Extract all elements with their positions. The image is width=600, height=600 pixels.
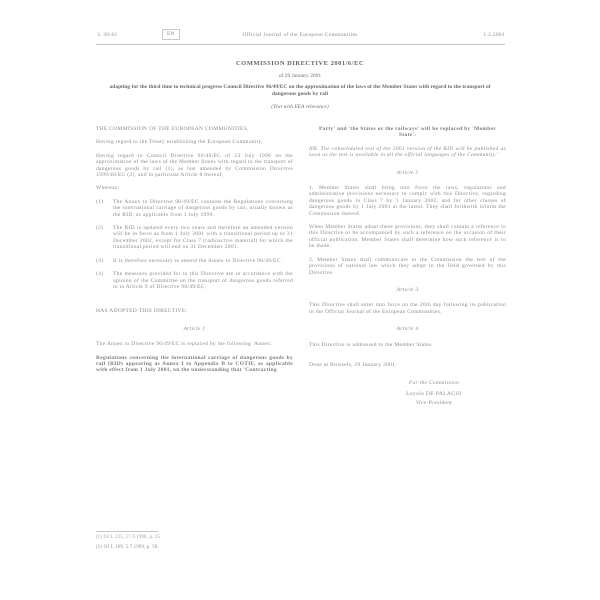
annex-quote-continuation: Party' and 'the States or the railways' … xyxy=(309,126,506,139)
signature-block: For the Commission Loyola DE PALACIO Vic… xyxy=(377,380,491,406)
article-3-heading: Article 3 xyxy=(309,287,506,293)
nb-consolidated-text-note: NB: The consolidated text of the 2001 ve… xyxy=(309,146,506,159)
signature-role: Vice-President xyxy=(377,400,491,406)
article-1-heading: Article 1 xyxy=(96,326,293,332)
footnote-2: (2) OJ L 169, 5.7.1999, p. 58. xyxy=(96,545,159,550)
recital-2-number: (2) xyxy=(96,225,113,251)
title-block: COMMISSION DIRECTIVE 2001/6/EC of 29 Jan… xyxy=(95,60,505,110)
has-adopted-line: HAS ADOPTED THIS DIRECTIVE: xyxy=(96,308,293,314)
recital-3-text: It is therefore necessary to amend the A… xyxy=(113,258,293,264)
left-column: THE COMMISSION OF THE EUROPEAN COMMUNITI… xyxy=(96,126,293,381)
article-1-intro: The Annex to Directive 96/49/EC is repla… xyxy=(96,341,293,347)
header-rule xyxy=(96,44,505,45)
directive-title: COMMISSION DIRECTIVE 2001/6/EC xyxy=(95,60,505,67)
done-at-line: Done at Brussels, 29 January 2001. xyxy=(309,362,506,368)
recital-3: (3) It is therefore necessary to amend t… xyxy=(96,258,293,264)
eea-relevance-note: (Text with EEA relevance) xyxy=(95,104,505,110)
article-2-paragraph-1b: When Member States adopt these provision… xyxy=(309,224,506,250)
recital-1-number: (1) xyxy=(96,199,113,218)
directive-subject: adapting for the third time to technical… xyxy=(95,84,505,97)
recital-4: (4) The measures provided for in this Di… xyxy=(96,271,293,290)
recital-2: (2) The RID is updated every two years a… xyxy=(96,225,293,251)
article-4-heading: Article 4 xyxy=(309,326,506,332)
citation-directive: Having regard to Council Directive 96/49… xyxy=(96,153,293,179)
article-2-paragraph-2: 2. Member States shall communicate to th… xyxy=(309,257,506,276)
recital-4-text: The measures provided for in this Direct… xyxy=(113,271,293,290)
recital-3-number: (3) xyxy=(96,258,113,264)
recital-1: (1) The Annex to Directive 96/49/EC cont… xyxy=(96,199,293,218)
signature-for-commission: For the Commission xyxy=(377,380,491,386)
footnote-1: (1) OJ L 235, 17.9.1996, p. 25. xyxy=(96,535,161,540)
footnote-rule xyxy=(96,531,158,532)
preamble-opening: THE COMMISSION OF THE EUROPEAN COMMUNITI… xyxy=(96,126,293,132)
oj-header-date: 1.2.2001 xyxy=(410,32,505,38)
document-page: L 30/42 EN Official Journal of the Europ… xyxy=(0,0,600,600)
article-2-paragraph-1: 1. Member States shall bring into force … xyxy=(309,185,506,217)
annex-quote-start: Regulations concerning the international… xyxy=(96,355,293,374)
recital-2-text: The RID is updated every two years and t… xyxy=(113,225,293,251)
recital-1-text: The Annex to Directive 96/49/EC contains… xyxy=(113,199,293,218)
article-2-heading: Article 2 xyxy=(309,170,506,176)
whereas-label: Whereas: xyxy=(96,185,293,191)
recital-4-number: (4) xyxy=(96,271,113,290)
article-3-text: This Directive shall enter into force on… xyxy=(309,302,506,315)
citation-treaty: Having regard to the Treaty establishing… xyxy=(96,139,293,145)
right-column: Party' and 'the States or the railways' … xyxy=(309,126,506,407)
signature-name: Loyola DE PALACIO xyxy=(377,391,491,397)
article-4-text: This Directive is addressed to the Membe… xyxy=(309,342,506,348)
directive-date-line: of 29 January 2001 xyxy=(95,73,505,79)
